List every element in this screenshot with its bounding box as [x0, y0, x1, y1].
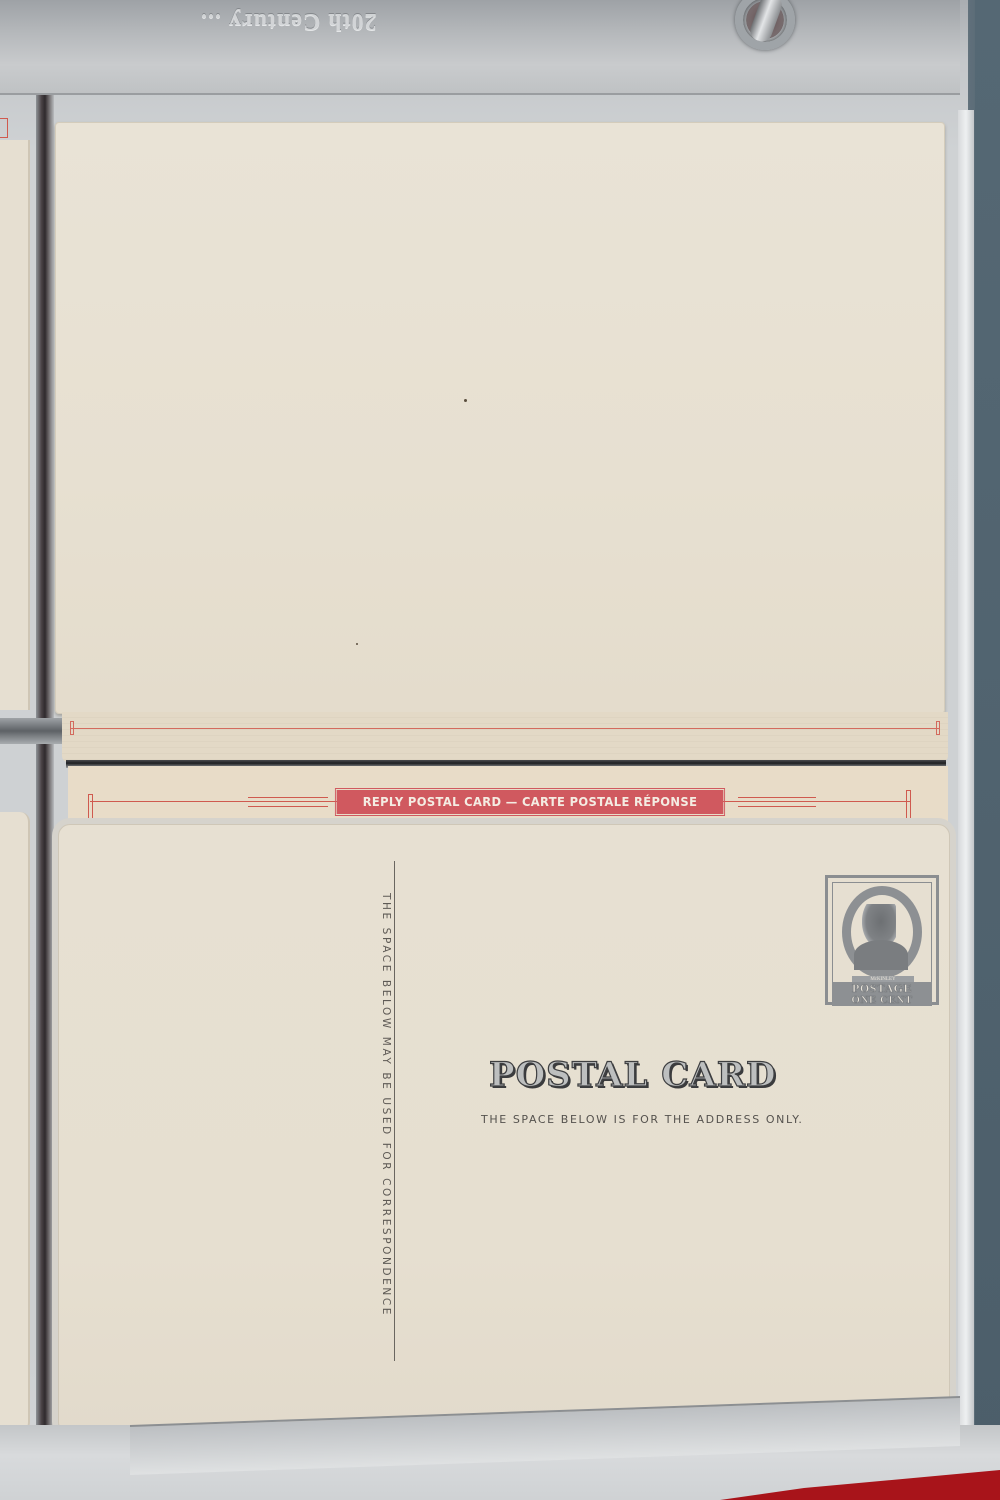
card-stack-edges	[62, 712, 948, 762]
postal-card-title: POSTAL CARD	[489, 1055, 861, 1095]
left-pocket-card-bottom	[0, 812, 30, 1432]
left-card-red-rule	[0, 118, 8, 138]
blank-postal-card	[55, 122, 945, 714]
postal-card-face: THE SPACE BELOW MAY BE USED FOR CORRESPO…	[65, 831, 943, 1427]
reply-card-banner: REPLY POSTAL CARD — CARTE POSTALE RÉPONS…	[337, 790, 723, 814]
pocket-divider-vertical	[36, 95, 54, 1455]
reply-postal-card: REPLY POSTAL CARD — CARTE POSTALE RÉPONS…	[68, 766, 948, 828]
correspondence-note: THE SPACE BELOW MAY BE USED FOR CORRESPO…	[376, 893, 392, 1363]
red-rule-end-right	[936, 721, 940, 735]
correspondence-divider	[394, 861, 395, 1361]
paper-speck	[356, 643, 358, 645]
reply-rule-end-right	[906, 790, 911, 824]
sleeve-embossed-label: 20th Century ...	[200, 4, 620, 34]
stamp-value: ONE CENT	[832, 994, 932, 1006]
left-pocket-card-top	[0, 140, 30, 710]
reply-rule-end-left	[88, 794, 93, 824]
red-rule-end-left	[70, 721, 74, 735]
sleeve-right-edge	[958, 110, 974, 1450]
one-cent-stamp: McKINLEY POSTAGE ONE CENT	[825, 875, 939, 1005]
reply-bracket-right	[738, 797, 816, 807]
paper-speck	[464, 399, 467, 402]
stacked-card-red-rule	[70, 721, 940, 729]
address-note: THE SPACE BELOW IS FOR THE ADDRESS ONLY.	[481, 1113, 881, 1126]
pocket-divider-horizontal	[0, 718, 62, 744]
postal-card-front: THE SPACE BELOW MAY BE USED FOR CORRESPO…	[58, 824, 950, 1434]
portrait-bust	[854, 940, 908, 970]
background-surface	[975, 0, 1000, 1500]
sleeve-top-band: 20th Century ...	[0, 0, 960, 95]
reply-bracket-left	[248, 797, 328, 807]
